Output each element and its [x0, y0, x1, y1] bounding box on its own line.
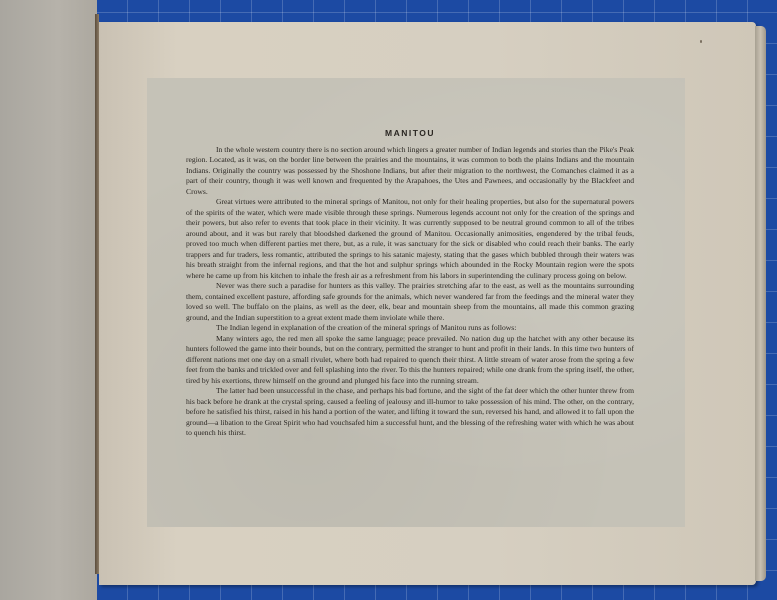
paragraph: In the whole western country there is no…: [186, 145, 634, 198]
paragraph: Many winters ago, the red men all spoke …: [186, 334, 634, 387]
page-edge: [755, 26, 766, 581]
paragraph: The latter had been unsuccessful in the …: [186, 386, 634, 439]
paragraph: Never was there such a paradise for hunt…: [186, 281, 634, 323]
page-text: MANITOU In the whole western country the…: [186, 128, 634, 439]
page-title: MANITOU: [186, 128, 634, 139]
left-page: [0, 0, 97, 600]
paragraph: The Indian legend in explanation of the …: [186, 323, 634, 334]
book-spine: [95, 14, 99, 574]
page-blemish: [700, 40, 702, 43]
paragraph: Great virtues were attributed to the min…: [186, 197, 634, 281]
